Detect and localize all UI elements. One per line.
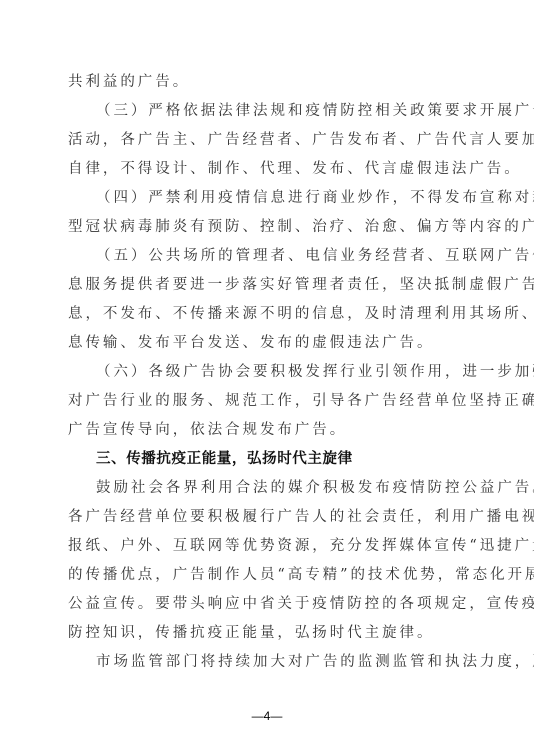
text-line: 防控知识，传播抗疫正能量，弘扬时代主旋律。 [68,619,464,648]
document-page: 共利益的广告。 （三）严格依据法律法规和疫情防控相关政策要求开展广告 活动，各广… [0,0,534,752]
text-line: 息传输、发布平台发送、发布的虚假违法广告。 [68,329,464,358]
text-line: 对广告行业的服务、规范工作，引导各广告经营单位坚持正确的 [68,387,464,416]
text-line: 息，不发布、不传播来源不明的信息，及时清理利用其场所、信 [68,300,464,329]
page-number: —4— [0,709,534,723]
text-line: 息服务提供者要进一步落实好管理者责任，坚决抵制虚假广告信 [68,271,464,300]
text-line: 市场监管部门将持续加大对广告的监测监管和执法力度，严 [68,648,464,677]
text-line: 各广告经营单位要积极履行广告人的社会责任，利用广播电视、 [68,503,464,532]
section-heading: 三、传播抗疫正能量，弘扬时代主旋律 [68,445,464,474]
text-line-paragraph-4: （四）严禁利用疫情信息进行商业炒作，不得发布宣称对新 [68,184,464,213]
text-line: 公益宣传。要带头响应中省关于疫情防控的各项规定，宣传疫情 [68,590,464,619]
text-line-paragraph-5: （五）公共场所的管理者、电信业务经营者、互联网广告信 [68,242,464,271]
text-line: 报纸、户外、互联网等优势资源，充分发挥媒体宣传“迅捷广大” [68,532,464,561]
text-line: 活动，各广告主、广告经营者、广告发布者、广告代言人要加强 [68,126,464,155]
document-body: 共利益的广告。 （三）严格依据法律法规和疫情防控相关政策要求开展广告 活动，各广… [68,68,464,677]
text-line-paragraph-6: （六）各级广告协会要积极发挥行业引领作用，进一步加强 [68,358,464,387]
text-line: 自律，不得设计、制作、代理、发布、代言虚假违法广告。 [68,155,464,184]
text-line: 型冠状病毒肺炎有预防、控制、治疗、治愈、偏方等内容的广告。 [68,213,464,242]
text-line: 的传播优点，广告制作人员“高专精”的技术优势，常态化开展 [68,561,464,590]
text-line: 鼓励社会各界利用合法的媒介积极发布疫情防控公益广告。 [68,474,464,503]
text-line: 共利益的广告。 [68,68,464,97]
text-line-paragraph-3: （三）严格依据法律法规和疫情防控相关政策要求开展广告 [68,97,464,126]
text-line: 广告宣传导向，依法合规发布广告。 [68,416,464,445]
